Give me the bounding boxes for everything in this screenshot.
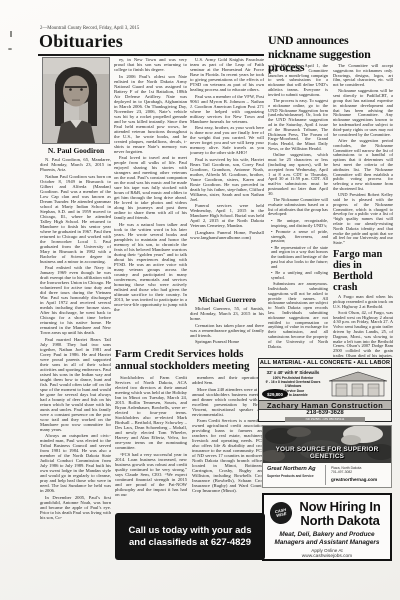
obituary-paragraph: Funeral services were held Wednesday, Ap… xyxy=(190,203,264,228)
article-paragraph: More than 240 attendees were at the annu… xyxy=(192,387,264,417)
obituary-paragraph: In 2006 Paul’s oldest son Nate enlisted … xyxy=(114,74,187,154)
ad-body: 32' x 40' with 9' Sidewalls 100% Pre-fin… xyxy=(259,368,391,400)
article-paragraph: Online suggestions, which must be 25 cha… xyxy=(268,153,328,196)
ad-phone-number: 218-639-3628 xyxy=(259,410,391,417)
price-badge: $29,800 xyxy=(262,389,288,399)
fargo-crash-headline: Fargo man dies in Berthold crash xyxy=(333,249,393,293)
article-paragraph: Stockholders of Farm Credit Services of … xyxy=(115,375,187,450)
obituary-photo xyxy=(42,57,110,144)
scan-artifact xyxy=(8,48,12,50)
article-paragraph: On Wednesday, April 1, the UND Nickname … xyxy=(268,64,328,98)
attribute-bullet: • Be a unifying and rallying symbol. xyxy=(268,271,328,281)
article-paragraph: UND President Robert Kelley said he is p… xyxy=(333,193,393,246)
goodiron-obituary-column-2: ey, in New Town and was very proud that … xyxy=(114,57,187,350)
classifieds-house-ad: Call us today with your ads and classifi… xyxy=(115,513,265,560)
obituary-paragraph: Paul enlisted with the Navy in January 1… xyxy=(40,265,111,335)
article-paragraph: After the suggestion period concludes, t… xyxy=(333,139,393,192)
ad-company-name: Zachary Haman Construction xyxy=(259,400,391,410)
obituary-paragraph: Paul married Harriet Bears Tail July 198… xyxy=(40,337,111,432)
obituary-paragraph: Michael Guerrero, 55, of Sanish, died Mo… xyxy=(190,306,264,321)
attribute-bullet: • Promote a sense of pride, strength, fi… xyxy=(268,230,328,244)
obituary-paragraph: Springan Funeral Home xyxy=(190,339,264,344)
und-article-column-1: On Wednesday, April 1, the UND Nickname … xyxy=(268,64,328,358)
article-paragraph: Nickname suggestions will be sent direct… xyxy=(333,89,393,137)
obituary-photo-caption: N. Paul Goodiron xyxy=(40,146,112,155)
ad-license-line: ND #32581 • MN #BC635111 xyxy=(285,417,365,422)
article-paragraph: A Fargo man died when his pickup rearend… xyxy=(333,295,393,309)
farm-credit-column-2: members and their operations,” added Sem… xyxy=(192,375,264,511)
obituaries-section-title: Obituaries xyxy=(39,31,123,52)
hiring-roles: Meat, Deli, Bakery and Produce Managers … xyxy=(264,531,390,546)
genetics-contact-block: Plaza, North Dakota 701-497-3082 greatno… xyxy=(326,463,391,487)
farm-credit-headline: Farm Credit Services holds annual stockh… xyxy=(115,349,267,372)
obituary-paragraph: Rest easy, brother, as your work here is… xyxy=(190,125,264,155)
goodiron-obituary-column-1: N. Paul Goodiron, 65, Mandaree, died Mon… xyxy=(40,157,111,558)
guerrero-obituary-heading: Michael Guerrero xyxy=(190,295,264,304)
obituary-paragraph: In December 2005, Paul’s first grandchil… xyxy=(40,495,111,520)
und-article-column-2: The Committee will accept suggestions fo… xyxy=(333,64,393,360)
article-paragraph: Submissions are anonymous. Individuals s… xyxy=(268,282,328,349)
article-paragraph: “FCS had a very successful year in 2014.… xyxy=(115,452,187,497)
genetics-logo-tagline: Superior Products and Service xyxy=(267,474,323,478)
obituary-paragraph: Paul loved to travel and to meet people … xyxy=(114,155,187,220)
hiring-website: www.cashwisejobs.com xyxy=(264,554,390,559)
now-hiring-ad: CASH WISE Now Hiring In North Dakota Mea… xyxy=(262,493,392,561)
garage-illustration xyxy=(327,370,389,398)
article-paragraph: members and their operations,” added Sem… xyxy=(192,375,264,385)
genetics-tagline: YOUR SOURCE FOR SUPERIOR GENETICS xyxy=(263,446,391,460)
genetics-website: greatnorthernag.com xyxy=(331,477,389,482)
article-paragraph: The process is easy. To suggest a nickna… xyxy=(268,99,328,152)
genetics-logo-block: Great Northern Ag Superior Products and … xyxy=(263,463,325,487)
great-northern-ag-ad: YOUR SOURCE FOR SUPERIOR GENETICS Great … xyxy=(262,425,392,488)
obituary-paragraph: He was a natural born talker and took to… xyxy=(114,222,187,312)
obituary-paragraph: Cremation has taken place and there was … xyxy=(190,323,264,338)
hiring-apply-label: Apply Online At xyxy=(264,548,390,553)
scan-artifact xyxy=(10,31,12,37)
obituary-paragraph: U.S. Army Gold Knights Parachute team as… xyxy=(190,57,264,92)
genetics-phone: 701-497-3082 xyxy=(331,470,389,474)
genetics-info-strip: Great Northern Ag Superior Products and … xyxy=(263,463,391,487)
goodiron-obituary-column-3: U.S. Army Gold Knights Parachute team as… xyxy=(190,57,264,293)
farm-credit-column-1: Stockholders of Farm Credit Services of … xyxy=(115,375,187,511)
building-size-line: 32' x 40' with 9' Sidewalls xyxy=(261,370,325,375)
portrait-illustration xyxy=(43,58,109,143)
section-rule xyxy=(38,54,264,56)
hiring-headline: Now Hiring In North Dakota xyxy=(290,495,390,528)
obituary-paragraph: Always an outspoken and civic-minded man… xyxy=(40,433,111,493)
ad-banner-text: ALL MATERIAL • ALL CONCRETE • ALL LABOR xyxy=(259,359,391,368)
great-northern-ag-logo: Great Northern Ag xyxy=(267,466,323,472)
obituary-paragraph: N. Paul Goodiron, 65, Mandaree, died Mon… xyxy=(40,157,111,172)
obituary-paragraph: Paul was a member of the VFW, Post 9061 … xyxy=(190,94,264,124)
attribute-bullet: • Be unique, recognizable, inspiring, an… xyxy=(268,219,328,229)
obituary-paragraph: (Langhans Funeral Home, Parshall www.lan… xyxy=(190,230,264,240)
newspaper-page: 2—Mountrail County Record, Friday, April… xyxy=(0,0,400,600)
obituary-paragraph: ey, in New Town and was very proud that … xyxy=(114,57,187,72)
guerrero-obituary: Michael Guerrero Michael Guerrero, 55, o… xyxy=(190,295,264,350)
obituary-paragraph: Nathan Paul Goodiron was born on October… xyxy=(40,174,111,264)
genetics-photo: YOUR SOURCE FOR SUPERIOR GENETICS xyxy=(263,426,391,463)
attribute-bullet: • Be representative of the state and reg… xyxy=(268,246,328,270)
obituary-paragraph: Paul is survived by his wife, Harriet Be… xyxy=(190,157,264,202)
article-paragraph: The Nickname Committee will evaluate sub… xyxy=(268,198,328,217)
article-paragraph: Scott Olson, 42, of Fargo, was headed we… xyxy=(333,311,393,360)
article-paragraph: Farm Credit Services is a member-owned a… xyxy=(192,418,264,493)
article-paragraph: The Committee will accept suggestions fo… xyxy=(333,64,393,88)
zachary-haman-ad: ALL MATERIAL • ALL CONCRETE • ALL LABOR … xyxy=(258,358,392,422)
